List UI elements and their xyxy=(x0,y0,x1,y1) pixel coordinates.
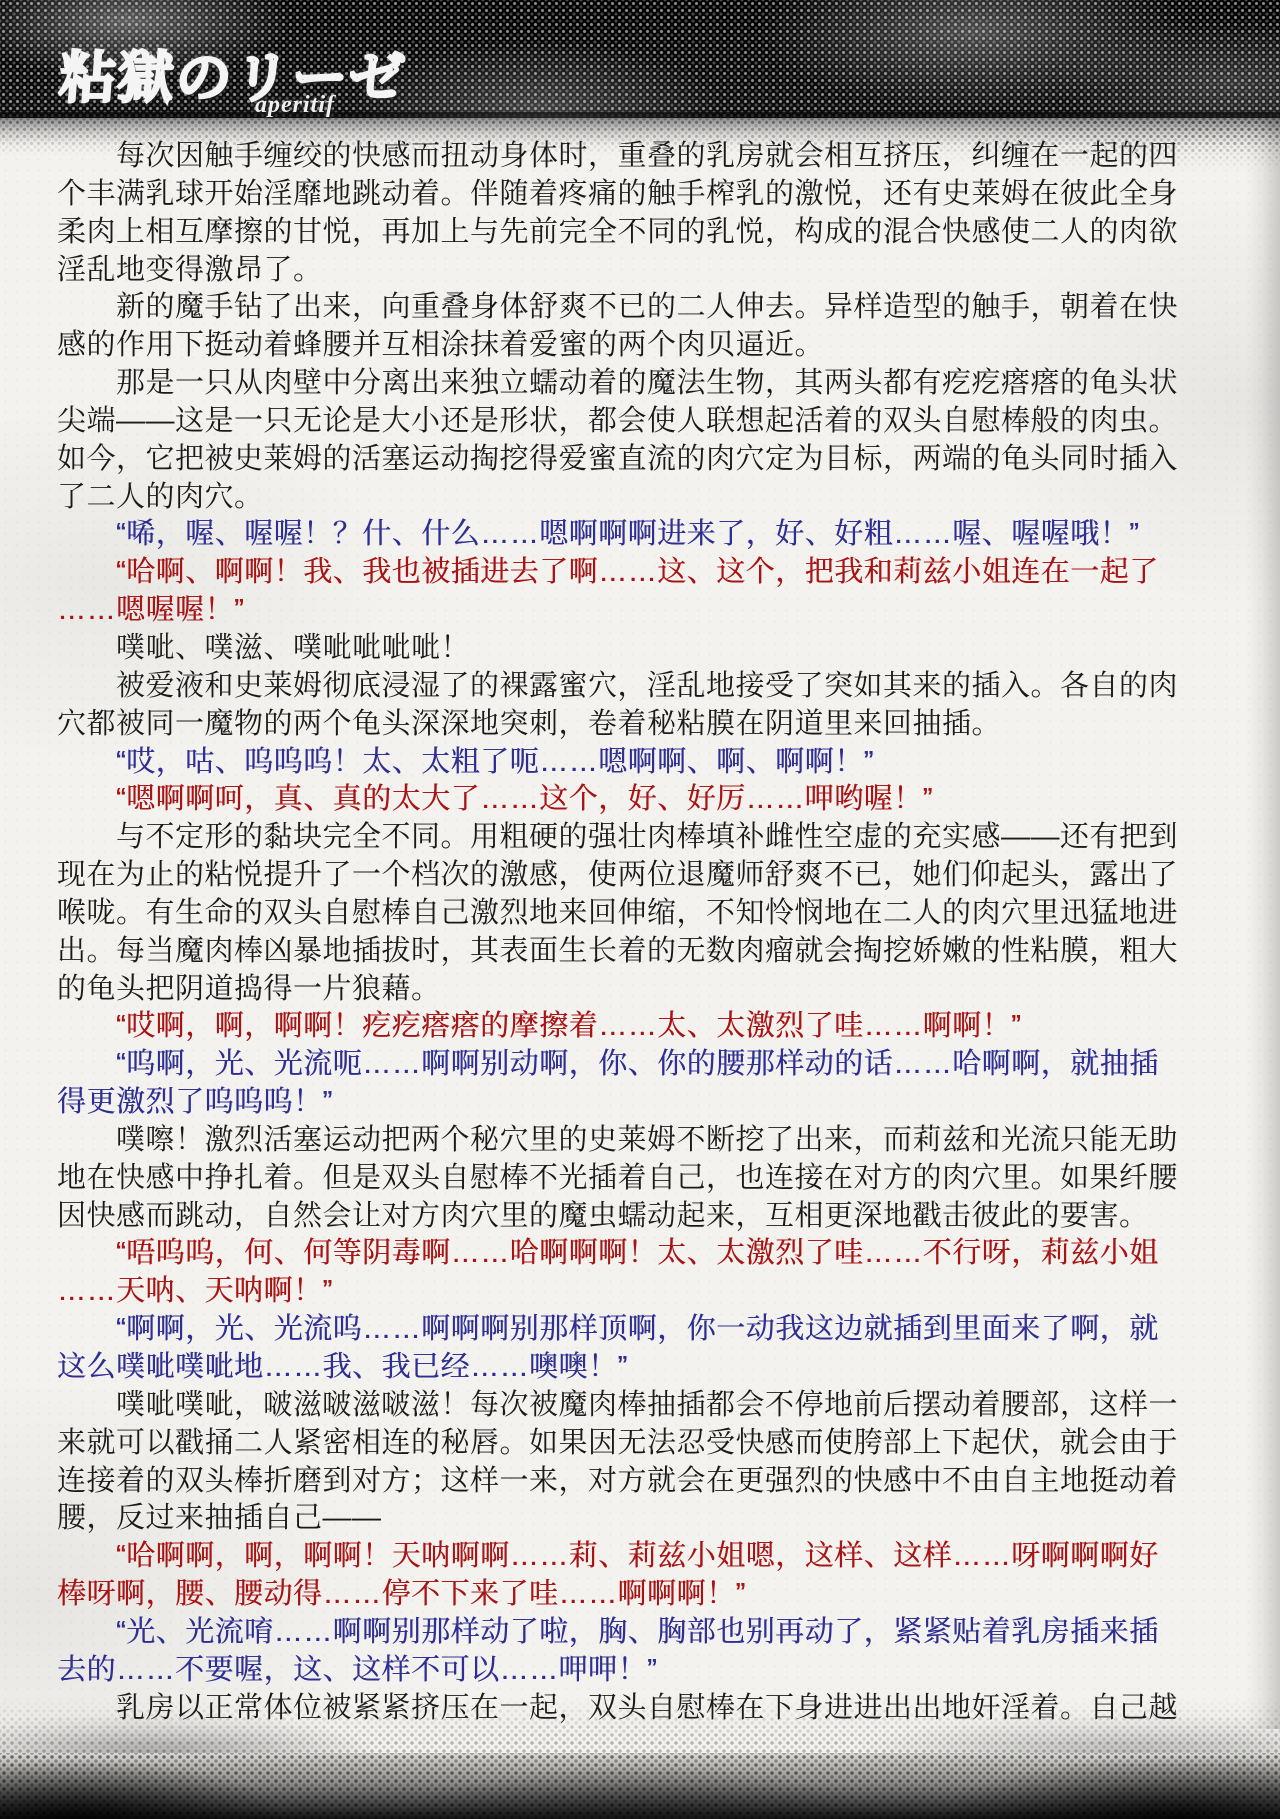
text-line: 感的作用下挺动着蜂腰并互相涂抹着爱蜜的两个肉贝逼近。 xyxy=(57,327,1242,365)
text-line: 噗嚓！激烈活塞运动把两个秘穴里的史莱姆不断挖了出来，而莉兹和光流只能无助 xyxy=(57,1122,1242,1160)
text-line: 现在为止的粘悦提升了一个档次的激感，使两位退魔师舒爽不已，她们仰起头，露出了 xyxy=(57,857,1242,895)
text-line: 棒呀啊，腰、腰动得……停不下来了哇……啊啊啊！” xyxy=(57,1576,1242,1614)
text-line: “唏，喔、喔喔！？什、什么……嗯啊啊啊进来了，好、好粗……喔、喔喔哦！” xyxy=(57,516,1242,554)
text-line: “光、光流唷……啊啊别那样动了啦，胸、胸部也别再动了，紧紧贴着乳房插来插 xyxy=(57,1614,1242,1652)
text-line: 出。每当魔肉棒凶暴地插拔时，其表面生长着的无数肉瘤就会掏挖娇嫩的性粘膜，粗大 xyxy=(57,933,1242,971)
text-line: 连接着的双头棒折磨到对方；这样一来，对方就会在更强烈的快感中不由自主地挺动着 xyxy=(57,1463,1242,1501)
text-line: “哎，咕、呜呜呜！太、太粗了呃……嗯啊啊、啊、啊啊！” xyxy=(57,744,1242,782)
text-line: 了二人的肉穴。 xyxy=(57,479,1242,517)
text-line: 这么噗呲噗呲地……我、我已经……噢噢！” xyxy=(57,1349,1242,1387)
text-line: 噗呲、噗滋、噗呲呲呲呲！ xyxy=(57,630,1242,668)
text-line: 穴都被同一魔物的两个龟头深深地突刺，卷着秘粘膜在阴道里来回抽插。 xyxy=(57,706,1242,744)
text-line: 腰，反过来抽插自己—— xyxy=(57,1500,1242,1538)
text-line: 因快感而跳动，自然会让对方肉穴里的魔虫蠕动起来，互相更深地戳击彼此的要害。 xyxy=(57,1198,1242,1236)
title-logo-text: 粘獄のリーゼ xyxy=(57,34,409,114)
text-line: “哈啊啊，啊，啊啊！天呐啊啊……莉、莉兹小姐嗯，这样、这样……呀啊啊啊好 xyxy=(57,1538,1242,1576)
text-line: 淫乱地变得激昂了。 xyxy=(57,252,1242,290)
text-line: 每次因触手缠绞的快感而扭动身体时，重叠的乳房就会相互挤压，纠缠在一起的四 xyxy=(57,138,1242,176)
text-line: ……天呐、天呐啊！” xyxy=(57,1273,1242,1311)
text-line: “唔呜呜，何、何等阴毒啊……哈啊啊啊！太、太激烈了哇……不行呀，莉兹小姐 xyxy=(57,1235,1242,1273)
text-line: “嗯啊啊呵，真、真的太大了……这个，好、好厉……呷哟喔！” xyxy=(57,781,1242,819)
right-edge-shading xyxy=(1246,110,1280,1729)
title-logo-subtitle: aperitif xyxy=(255,92,335,119)
text-line: 去的……不要喔，这、这样不可以……呷呷！” xyxy=(57,1652,1242,1690)
text-line: 被爱液和史莱姆彻底浸湿了的裸露蜜穴，淫乱地接受了突如其来的插入。各自的肉 xyxy=(57,668,1242,706)
novel-text-area: 每次因触手缠绞的快感而扭动身体时，重叠的乳房就会相互挤压，纠缠在一起的四个丰满乳… xyxy=(57,138,1242,1727)
text-line: 柔肉上相互摩擦的甘悦，再加上与先前完全不同的乳悦，构成的混合快感使二人的肉欲 xyxy=(57,214,1242,252)
text-line: 来就可以戳捅二人紧密相连的秘唇。如果因无法忍受快感而使胯部上下起伏，就会由于 xyxy=(57,1425,1242,1463)
text-line: 喉咙。有生命的双头自慰棒自己激烈地来回伸缩，不知怜悯地在二人的肉穴里迅猛地进 xyxy=(57,895,1242,933)
text-line: 与不定形的黏块完全不同。用粗硬的强壮肉棒填补雌性空虚的充实感——还有把到 xyxy=(57,819,1242,857)
text-line: 乳房以正常体位被紧紧挤压在一起，双头自慰棒在下身进进出出地奸淫着。自己越 xyxy=(57,1690,1242,1728)
text-line: 的龟头把阴道捣得一片狼藉。 xyxy=(57,971,1242,1009)
text-line: 个丰满乳球开始淫靡地跳动着。伴随着疼痛的触手榨乳的激悦，还有史莱姆在彼此全身 xyxy=(57,176,1242,214)
text-line: 地在快感中挣扎着。但是双头自慰棒不光插着自己，也连接在对方的肉穴里。如果纤腰 xyxy=(57,1160,1242,1198)
text-line: “哎啊，啊，啊啊！疙疙瘩瘩的摩擦着……太、太激烈了哇……啊啊！” xyxy=(57,1008,1242,1046)
bottom-halftone-banner xyxy=(0,1753,1280,1819)
text-line: “哈啊、啊啊！我、我也被插进去了啊……这、这个，把我和莉兹小姐连在一起了 xyxy=(57,554,1242,592)
text-line: 新的魔手钻了出来，向重叠身体舒爽不已的二人伸去。异样造型的触手，朝着在快 xyxy=(57,289,1242,327)
title-logo: 粘獄のリーゼ aperitif xyxy=(60,34,407,114)
text-line: 得更激烈了呜呜呜！” xyxy=(57,1084,1242,1122)
text-line: 尖端——这是一只无论是大小还是形状，都会使人联想起活着的双头自慰棒般的肉虫。 xyxy=(57,403,1242,441)
text-line: 噗呲噗呲，啵滋啵滋啵滋！每次被魔肉棒抽插都会不停地前后摆动着腰部，这样一 xyxy=(57,1387,1242,1425)
text-line: “啊啊，光、光流呜……啊啊啊别那样顶啊，你一动我这边就插到里面来了啊，就 xyxy=(57,1311,1242,1349)
text-line: ……嗯喔喔！” xyxy=(57,592,1242,630)
text-line: 那是一只从肉壁中分离出来独立蠕动着的魔法生物，其两头都有疙疙瘩瘩的龟头状 xyxy=(57,365,1242,403)
text-line: 如今，它把被史莱姆的活塞运动掏挖得爱蜜直流的肉穴定为目标，两端的龟头同时插入 xyxy=(57,441,1242,479)
text-line: “呜啊，光、光流呃……啊啊别动啊，你、你的腰那样动的话……哈啊啊，就抽插 xyxy=(57,1046,1242,1084)
